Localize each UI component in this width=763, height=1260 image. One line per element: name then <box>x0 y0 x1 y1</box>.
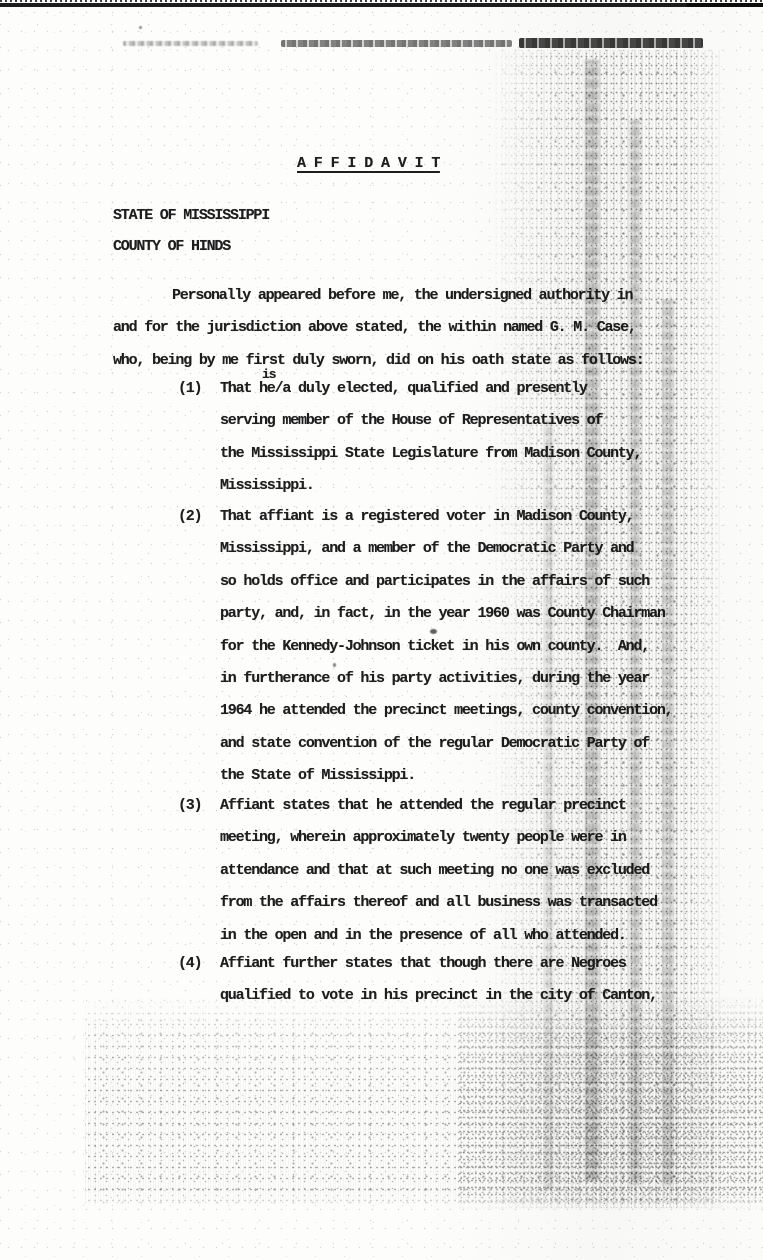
county-line: COUNTY OF HINDS <box>113 231 269 262</box>
text-line: attendance and that at such meeting no o… <box>220 855 657 887</box>
text-line: the State of Mississippi. <box>220 760 673 792</box>
text-line: so holds office and participates in the … <box>220 566 673 598</box>
text-line: Personally appeared before me, the under… <box>113 280 644 312</box>
scan-smudge-right <box>519 38 703 48</box>
text-line: That he/a duly elected, qualified and pr… <box>220 373 641 405</box>
text-line: Affiant further states that though there… <box>220 948 657 980</box>
item-number: (2) <box>178 501 201 533</box>
text-line: serving member of the House of Represent… <box>220 405 641 437</box>
scan-noise-bottom-band <box>85 995 763 1210</box>
ink-blot <box>139 26 142 29</box>
item-text: Affiant further states that though there… <box>220 948 657 1013</box>
text-line: in furtherance of his party activities, … <box>220 663 673 695</box>
text-line: Affiant states that he attended the regu… <box>220 790 657 822</box>
text-line: Mississippi, and a member of the Democra… <box>220 533 673 565</box>
scan-top-edge-line <box>0 3 763 7</box>
state-line: STATE OF MISSISSIPPI <box>113 200 269 231</box>
text-line: and for the jurisdiction above stated, t… <box>113 312 644 344</box>
venue-caption: STATE OF MISSISSIPPI COUNTY OF HINDS <box>113 200 269 263</box>
text-line: qualified to vote in his precinct in the… <box>220 980 657 1012</box>
item-text: Affiant states that he attended the regu… <box>220 790 657 952</box>
affidavit-item-1: (1)That he/a duly elected, qualified and… <box>178 373 641 503</box>
item-text: That he/a duly elected, qualified and pr… <box>220 373 641 503</box>
text-line: and state convention of the regular Demo… <box>220 728 673 760</box>
affidavit-page: A F F I D A V I T STATE OF MISSISSIPPI C… <box>0 0 763 1260</box>
item-number: (1) <box>178 373 201 405</box>
item-number: (4) <box>178 948 201 980</box>
document-title: A F F I D A V I T <box>297 155 440 172</box>
opening-paragraph: Personally appeared before me, the under… <box>113 280 644 377</box>
text-line: 1964 he attended the precinct meetings, … <box>220 695 673 727</box>
affidavit-item-4: (4)Affiant further states that though th… <box>178 948 657 1013</box>
affidavit-item-2: (2)That affiant is a registered voter in… <box>178 501 673 793</box>
affidavit-item-3: (3)Affiant states that he attended the r… <box>178 790 657 952</box>
scan-smudge-left <box>123 41 258 46</box>
text-line: Mississippi. <box>220 470 641 502</box>
scan-top-dotted-edge <box>0 0 763 2</box>
item-text: That affiant is a registered voter in Ma… <box>220 501 673 793</box>
text-line: for the Kennedy-Johnson ticket in his ow… <box>220 631 673 663</box>
text-line: the Mississippi State Legislature from M… <box>220 438 641 470</box>
text-line: meeting, wherein approximately twenty pe… <box>220 822 657 854</box>
item-number: (3) <box>178 790 201 822</box>
scan-smudge-center <box>281 40 512 47</box>
text-line: party, and, in fact, in the year 1960 wa… <box>220 598 673 630</box>
text-line: That affiant is a registered voter in Ma… <box>220 501 673 533</box>
text-line: from the affairs thereof and all busines… <box>220 887 657 919</box>
